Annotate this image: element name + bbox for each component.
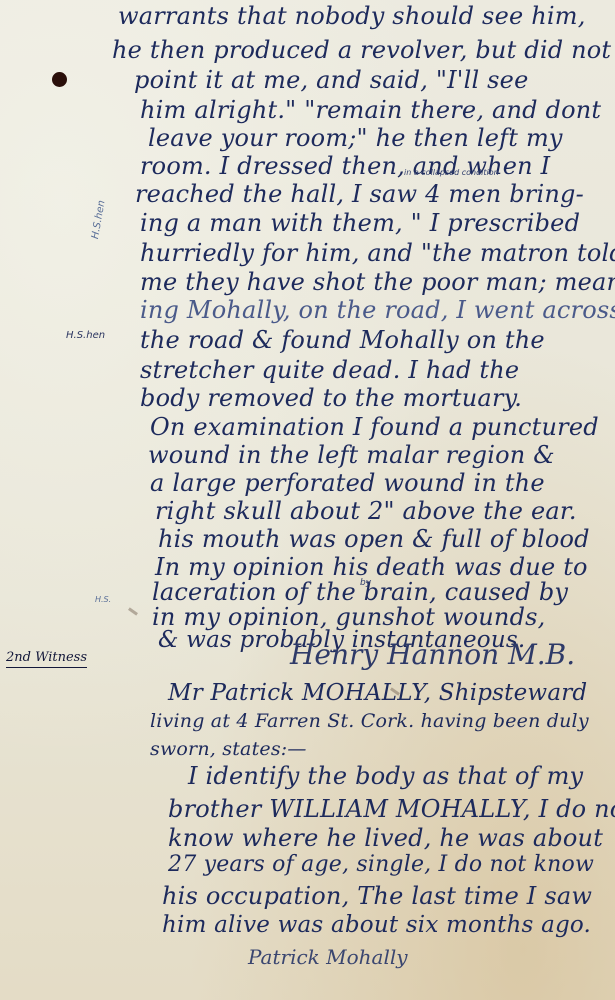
text-line: reached the hall, I saw 4 men bring- — [135, 180, 584, 208]
witness-text-line: 27 years of age, single, I do not know — [168, 852, 594, 877]
signature-patrick-mohally: Patrick Mohally — [248, 945, 408, 969]
text-line: point it at me, and said, "I'll see — [134, 66, 528, 94]
document-page: warrants that nobody should see him, he … — [0, 0, 615, 1000]
text-line: On examination I found a punctured — [150, 413, 599, 441]
witness-text-line: I identify the body as that of my — [188, 762, 583, 790]
text-line: stretcher quite dead. I had the — [140, 356, 519, 384]
margin-note: H.S.hen — [66, 330, 105, 341]
witness-text-line: Mr Patrick MOHALLY, Shipsteward — [168, 680, 587, 706]
punch-hole — [52, 72, 67, 87]
witness-text-line: sworn, states:— — [150, 738, 307, 760]
text-line: the road & found Mohally on the — [140, 326, 545, 354]
text-line: warrants that nobody should see him, — [118, 2, 586, 30]
text-line: leave your room;" he then left my — [148, 124, 563, 152]
text-line: he then produced a revolver, but did not — [112, 36, 611, 64]
witness-text-line: his occupation, The last time I saw — [162, 882, 592, 910]
ink-smudge — [128, 607, 138, 615]
text-line: me they have shot the poor man; mean- — [140, 268, 615, 296]
insertion-text: by — [360, 578, 371, 588]
text-line: body removed to the mortuary. — [140, 384, 522, 412]
witness-label: 2nd Witness — [6, 650, 87, 668]
text-line: his mouth was open & full of blood — [158, 525, 590, 553]
signature-henry-hannon: Henry Hannon M.B. — [290, 638, 575, 671]
text-line: In my opinion his death was due to — [155, 553, 588, 581]
text-line: ing a man with them, " I prescribed — [140, 209, 580, 237]
witness-text-line: know where he lived, he was about — [168, 824, 603, 852]
insertion-text: in a collapsed condition — [404, 168, 499, 177]
text-line: him alright." "remain there, and dont — [140, 96, 601, 124]
text-line: right skull about 2" above the ear. — [155, 497, 577, 525]
witness-text-line: living at 4 Farren St. Cork. having been… — [150, 710, 589, 732]
witness-text-line: him alive was about six months ago. — [162, 912, 591, 938]
text-line: wound in the left malar region & — [148, 441, 555, 469]
margin-note: H.S.hen — [90, 200, 108, 240]
text-line: ing Mohally, on the road, I went across — [140, 296, 615, 324]
margin-note: H.S. — [95, 595, 111, 604]
witness-text-line: brother WILLIAM MOHALLY, I do not — [168, 795, 615, 823]
text-line: a large perforated wound in the — [150, 469, 545, 497]
text-line: hurriedly for him, and "the matron told — [140, 239, 615, 267]
